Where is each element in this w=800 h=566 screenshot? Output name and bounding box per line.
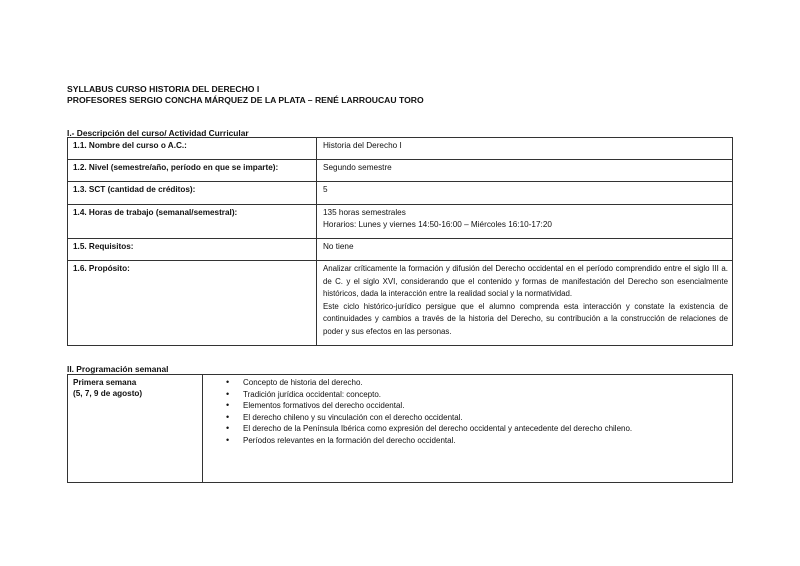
topics-list: •Concepto de historia del derecho. •Trad… bbox=[208, 377, 727, 447]
course-description-table: 1.1. Nombre del curso o A.C.: Historia d… bbox=[67, 137, 733, 346]
list-item: •Tradición jurídica occidental: concepto… bbox=[208, 389, 727, 401]
purpose-paragraph-2: Este ciclo histórico-jurídico persigue q… bbox=[323, 301, 728, 339]
row-label-course-name: 1.1. Nombre del curso o A.C.: bbox=[68, 138, 317, 160]
row-value-purpose: Analizar críticamente la formación y dif… bbox=[317, 261, 733, 346]
table-row: 1.1. Nombre del curso o A.C.: Historia d… bbox=[68, 138, 733, 160]
topic-text: Tradición jurídica occidental: concepto. bbox=[243, 390, 381, 399]
table-row: 1.3. SCT (cantidad de créditos): 5 bbox=[68, 182, 733, 205]
row-label-purpose: 1.6. Propósito: bbox=[68, 261, 317, 346]
row-value-course-name: Historia del Derecho I bbox=[317, 138, 733, 160]
list-item: •Concepto de historia del derecho. bbox=[208, 377, 727, 389]
row-value-work-hours: 135 horas semestrales Horarios: Lunes y … bbox=[317, 205, 733, 239]
week-label: Primera semana bbox=[73, 377, 197, 388]
week-topics-cell: •Concepto de historia del derecho. •Trad… bbox=[203, 375, 733, 483]
topic-text: El derecho chileno y su vinculación con … bbox=[243, 413, 463, 422]
topic-text: Concepto de historia del derecho. bbox=[243, 378, 363, 387]
work-hours-total: 135 horas semestrales bbox=[323, 207, 727, 219]
list-item: •Elementos formativos del derecho occide… bbox=[208, 400, 727, 412]
row-label-level: 1.2. Nivel (semestre/año, período en que… bbox=[68, 160, 317, 182]
bullet-icon: • bbox=[226, 377, 229, 389]
list-item: •El derecho de la Península Ibérica como… bbox=[208, 423, 727, 435]
row-label-work-hours: 1.4. Horas de trabajo (semanal/semestral… bbox=[68, 205, 317, 239]
topic-text: Elementos formativos del derecho occiden… bbox=[243, 401, 404, 410]
bullet-icon: • bbox=[226, 400, 229, 412]
topic-text: El derecho de la Península Ibérica como … bbox=[243, 424, 632, 433]
row-value-credits: 5 bbox=[317, 182, 733, 205]
row-value-level: Segundo semestre bbox=[317, 160, 733, 182]
weekly-schedule-table: Primera semana (5, 7, 9 de agosto) •Conc… bbox=[67, 374, 733, 483]
bullet-icon: • bbox=[226, 435, 229, 447]
table-row: 1.4. Horas de trabajo (semanal/semestral… bbox=[68, 205, 733, 239]
list-item: •Períodos relevantes en la formación del… bbox=[208, 435, 727, 447]
bullet-icon: • bbox=[226, 412, 229, 424]
week-dates: (5, 7, 9 de agosto) bbox=[73, 388, 197, 399]
row-value-requirements: No tiene bbox=[317, 239, 733, 261]
list-item: •El derecho chileno y su vinculación con… bbox=[208, 412, 727, 424]
table-row: 1.6. Propósito: Analizar críticamente la… bbox=[68, 261, 733, 346]
section-heading-weekly-schedule: II. Programación semanal bbox=[67, 364, 168, 374]
table-row: Primera semana (5, 7, 9 de agosto) •Conc… bbox=[68, 375, 733, 483]
row-label-credits: 1.3. SCT (cantidad de créditos): bbox=[68, 182, 317, 205]
bullet-icon: • bbox=[226, 389, 229, 401]
table-row: 1.5. Requisitos: No tiene bbox=[68, 239, 733, 261]
topic-text: Períodos relevantes en la formación del … bbox=[243, 436, 456, 445]
bullet-icon: • bbox=[226, 423, 229, 435]
work-hours-schedule: Horarios: Lunes y viernes 14:50-16:00 – … bbox=[323, 219, 727, 231]
week-label-cell: Primera semana (5, 7, 9 de agosto) bbox=[68, 375, 203, 483]
purpose-paragraph-1: Analizar críticamente la formación y dif… bbox=[323, 263, 728, 301]
table-row: 1.2. Nivel (semestre/año, período en que… bbox=[68, 160, 733, 182]
document-title: SYLLABUS CURSO HISTORIA DEL DERECHO I bbox=[67, 84, 259, 94]
row-label-requirements: 1.5. Requisitos: bbox=[68, 239, 317, 261]
document-subtitle-professors: PROFESORES SERGIO CONCHA MÁRQUEZ DE LA P… bbox=[67, 95, 424, 105]
